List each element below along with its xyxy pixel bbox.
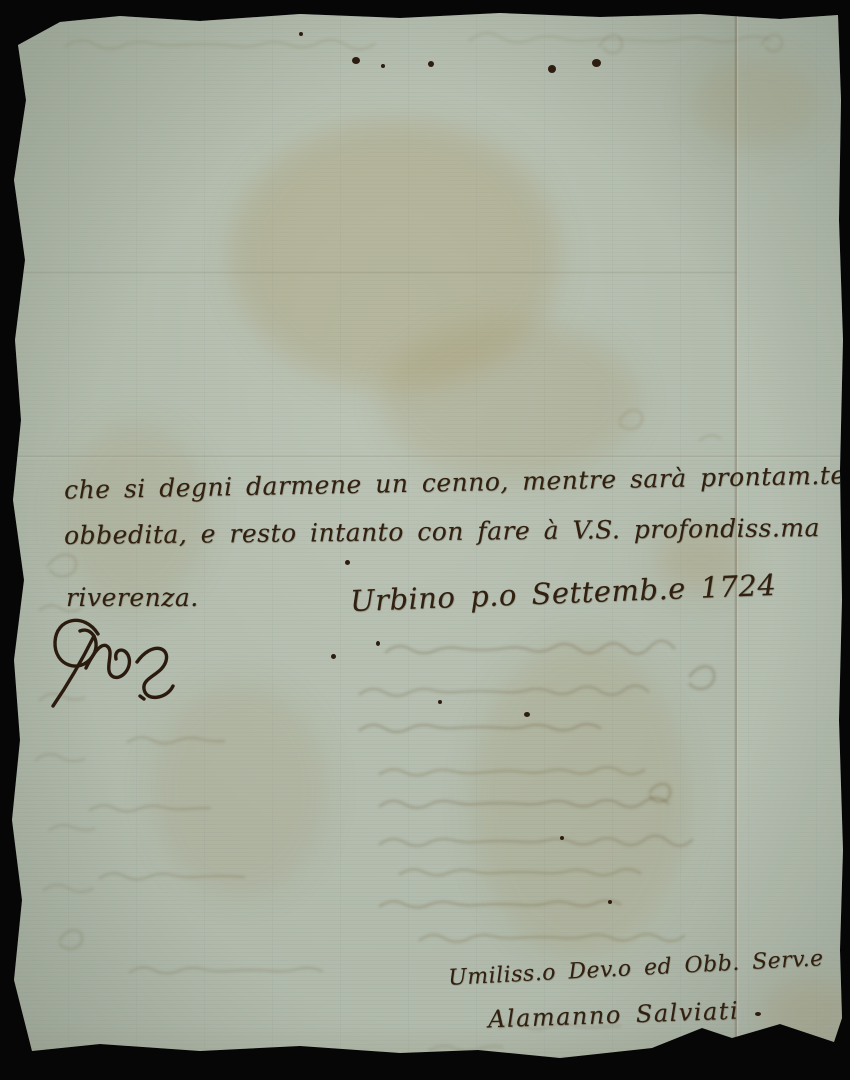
foxing-stain bbox=[60, 420, 210, 610]
horizontal-crease bbox=[14, 455, 842, 459]
ink-speck bbox=[331, 654, 336, 659]
foxing-stain bbox=[760, 975, 850, 1050]
ink-speck bbox=[560, 836, 564, 840]
ink-speck bbox=[524, 712, 530, 717]
ink-speck bbox=[608, 900, 612, 904]
ink-speck bbox=[376, 641, 380, 646]
ink-speck bbox=[299, 32, 303, 36]
foxing-stain bbox=[690, 55, 820, 150]
foxing-stain bbox=[470, 640, 690, 960]
horizontal-crease bbox=[15, 271, 737, 274]
letter-page: che si degni darmene un cenno, mentre sa… bbox=[0, 0, 850, 1080]
ink-speck bbox=[428, 61, 434, 67]
ink-speck bbox=[548, 65, 556, 73]
photograph-backdrop: che si degni darmene un cenno, mentre sa… bbox=[0, 0, 850, 1080]
letter-body-line-3: riverenza. bbox=[66, 583, 199, 612]
ink-speck bbox=[592, 59, 601, 67]
ink-speck bbox=[438, 700, 442, 704]
ink-speck bbox=[345, 560, 350, 565]
foxing-stain bbox=[150, 680, 330, 900]
ink-speck bbox=[755, 1012, 761, 1016]
ink-speck bbox=[352, 57, 360, 64]
ink-speck bbox=[381, 64, 385, 68]
